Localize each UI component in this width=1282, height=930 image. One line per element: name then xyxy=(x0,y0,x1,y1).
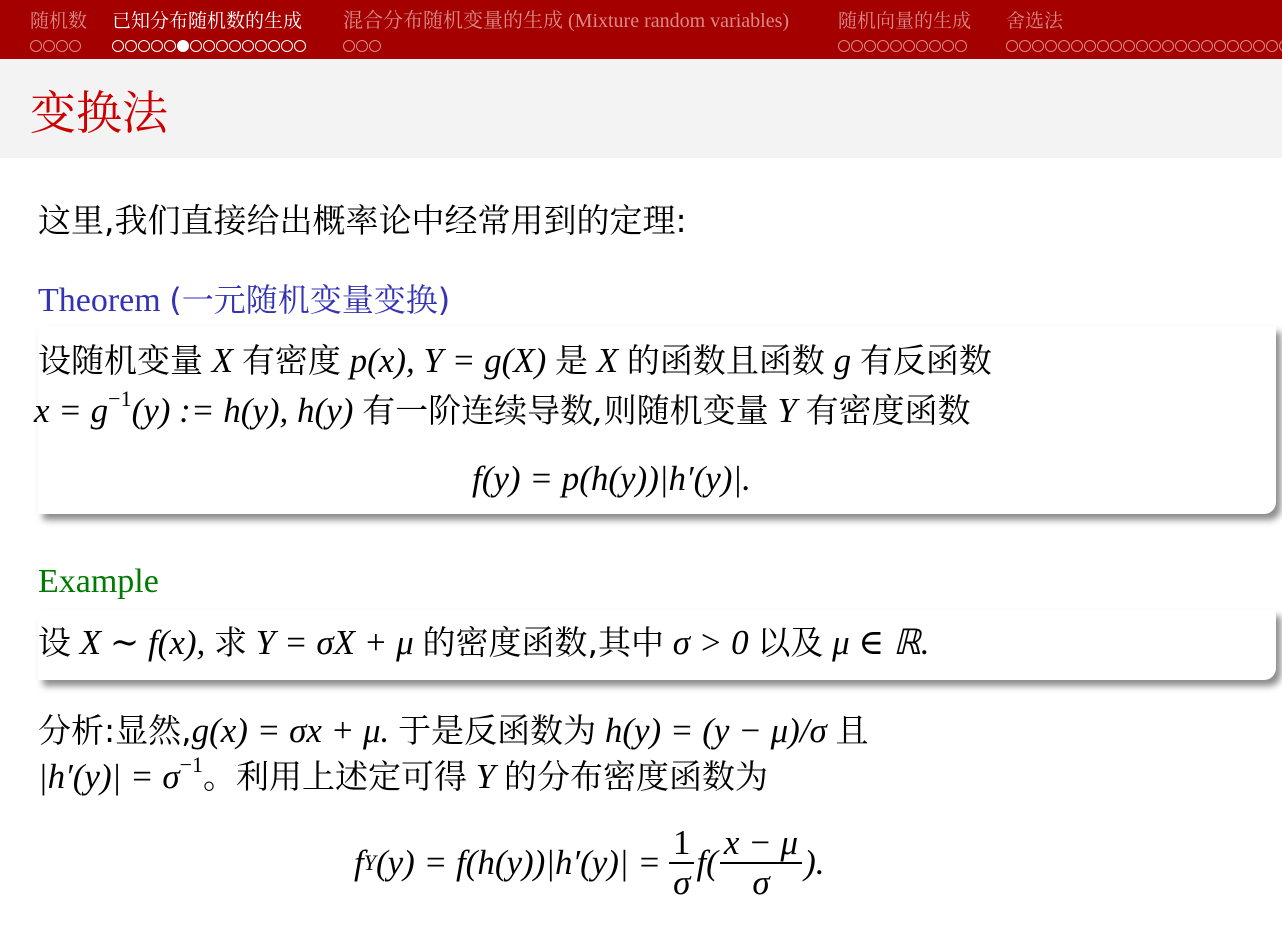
fraction-one-over-sigma: 1 σ xyxy=(669,824,695,902)
math-expr: p(x), Y = g(X) xyxy=(350,341,547,380)
frame-dot-icon[interactable] xyxy=(1071,40,1083,52)
theorem-text: 的函数且函数 xyxy=(627,341,825,380)
math-expr: X ∼ f(x), xyxy=(80,623,206,662)
frame-dot-icon[interactable] xyxy=(1097,40,1109,52)
theorem-formula: f(y) = p(h(y))|h′(y)|. xyxy=(472,456,751,502)
example-block: 设 X ∼ f(x), 求 Y = σX + μ 的密度函数,其中 σ > 0 … xyxy=(38,610,1276,680)
math-var: Y xyxy=(476,757,495,796)
nav-frame-dots xyxy=(838,40,967,52)
math-var: Y xyxy=(777,391,796,430)
nav-section-label[interactable]: 已知分布随机数的生成 xyxy=(112,9,302,33)
math-expr: x = g xyxy=(34,391,108,430)
frame-dot-icon[interactable] xyxy=(138,40,150,52)
nav-section-label[interactable]: 混合分布随机变量的生成 (Mixture random variables) xyxy=(343,9,789,33)
frame-dot-icon[interactable] xyxy=(281,40,293,52)
frame-title-bar: 变换法 xyxy=(0,59,1282,158)
fraction-denominator: σ xyxy=(669,864,694,902)
example-text: 设 xyxy=(38,623,71,662)
analysis-line-1: 分析:显然,g(x) = σx + μ. 于是反函数为 h(y) = (y − … xyxy=(38,708,869,754)
example-text: 求 xyxy=(214,623,247,662)
frame-dot-icon[interactable] xyxy=(838,40,850,52)
frame-dot-icon[interactable] xyxy=(69,40,81,52)
frame-dot-icon[interactable] xyxy=(1214,40,1226,52)
frame-dot-icon[interactable] xyxy=(1149,40,1161,52)
math-superscript: −1 xyxy=(108,386,131,411)
frame-dot-icon[interactable] xyxy=(369,40,381,52)
nav-frame-dots xyxy=(30,40,81,52)
frame-dot-icon[interactable] xyxy=(1188,40,1200,52)
frame-dot-icon[interactable] xyxy=(864,40,876,52)
frame-dot-icon[interactable] xyxy=(1136,40,1148,52)
nav-section-label[interactable]: 随机向量的生成 xyxy=(838,9,971,33)
frame-dot-icon[interactable] xyxy=(1019,40,1031,52)
section-navigation-bar: 随机数已知分布随机数的生成混合分布随机变量的生成 (Mixture random… xyxy=(0,0,1282,59)
theorem-text: 有一阶连续导数,则随机变量 xyxy=(362,391,769,430)
math-expr: (y) = f(h(y))|h′(y)| = xyxy=(376,818,661,908)
frame-dot-icon[interactable] xyxy=(1240,40,1252,52)
frame-dot-icon[interactable] xyxy=(851,40,863,52)
fraction-x-minus-mu-over-sigma: x − μ σ xyxy=(720,824,802,902)
frame-dot-icon[interactable] xyxy=(112,40,124,52)
math-expr: μ ∈ ℝ. xyxy=(832,623,929,662)
frame-dot-icon[interactable] xyxy=(203,40,215,52)
example-line: 设 X ∼ f(x), 求 Y = σX + μ 的密度函数,其中 σ > 0 … xyxy=(38,620,930,666)
frame-dot-icon[interactable] xyxy=(30,40,42,52)
math-var: g xyxy=(834,341,852,380)
frame-dot-icon[interactable] xyxy=(190,40,202,52)
math-var: X xyxy=(212,341,233,380)
theorem-text: 有密度函数 xyxy=(806,391,971,430)
frame-dot-icon[interactable] xyxy=(1032,40,1044,52)
math-superscript: −1 xyxy=(180,752,203,777)
frame-dot-icon[interactable] xyxy=(268,40,280,52)
current-frame-dot-icon[interactable] xyxy=(177,40,189,52)
frame-dot-icon[interactable] xyxy=(1045,40,1057,52)
math-expr: h(y) = (y − μ)/σ xyxy=(605,711,827,750)
theorem-line-2: x = g−1(y) := h(y), h(y) 有一阶连续导数,则随机变量 Y… xyxy=(34,388,971,434)
theorem-text: 是 xyxy=(555,341,588,380)
math-expr: σ > 0 xyxy=(673,623,749,662)
example-block-title: Example xyxy=(38,560,159,604)
frame-dot-icon[interactable] xyxy=(242,40,254,52)
frame-dot-icon[interactable] xyxy=(942,40,954,52)
frame-dot-icon[interactable] xyxy=(343,40,355,52)
analysis-text: 的分布密度函数为 xyxy=(504,757,768,796)
theorem-block-title: Theorem (一元随机变量变换) xyxy=(38,278,450,323)
fraction-numerator: x − μ xyxy=(720,824,802,864)
nav-frame-dots xyxy=(1006,40,1282,52)
frame-dot-icon[interactable] xyxy=(1084,40,1096,52)
frame-dot-icon[interactable] xyxy=(903,40,915,52)
math-expr: (y) := h(y), h(y) xyxy=(132,391,354,430)
frame-dot-icon[interactable] xyxy=(1110,40,1122,52)
frame-dot-icon[interactable] xyxy=(255,40,267,52)
math-expr: |h′(y)| = σ xyxy=(38,757,180,796)
theorem-text: 有反函数 xyxy=(860,341,992,380)
nav-frame-dots xyxy=(112,40,306,52)
analysis-text: 于是反函数为 xyxy=(398,711,596,750)
analysis-formula: fY(y) = f(h(y))|h′(y)| = 1 σ f( x − μ σ … xyxy=(354,818,824,908)
theorem-text: 有密度 xyxy=(242,341,341,380)
theorem-text: 设随机变量 xyxy=(38,341,203,380)
theorem-block: 设随机变量 X 有密度 p(x), Y = g(X) 是 X 的函数且函数 g … xyxy=(38,326,1276,514)
frame-dot-icon[interactable] xyxy=(1266,40,1278,52)
frame-dot-icon[interactable] xyxy=(56,40,68,52)
frame-dot-icon[interactable] xyxy=(43,40,55,52)
math-expr: ). xyxy=(804,818,824,908)
math-var: X xyxy=(597,341,618,380)
frame-dot-icon[interactable] xyxy=(356,40,368,52)
frame-dot-icon[interactable] xyxy=(1162,40,1174,52)
frame-dot-icon[interactable] xyxy=(877,40,889,52)
intro-text: 这里,我们直接给出概率论中经常用到的定理: xyxy=(38,196,687,246)
theorem-label: Theorem xyxy=(38,282,161,319)
analysis-text: 且 xyxy=(836,711,869,750)
frame-dot-icon[interactable] xyxy=(1201,40,1213,52)
frame-dot-icon[interactable] xyxy=(125,40,137,52)
frame-dot-icon[interactable] xyxy=(929,40,941,52)
nav-frame-dots xyxy=(343,40,381,52)
math-expr: Y = σX + μ xyxy=(256,623,414,662)
frame-dot-icon[interactable] xyxy=(916,40,928,52)
math-expr: f( xyxy=(696,818,717,908)
frame-dot-icon[interactable] xyxy=(955,40,967,52)
analysis-text: 。利用上述定可得 xyxy=(203,757,467,796)
frame-dot-icon[interactable] xyxy=(1175,40,1187,52)
frame-dot-icon[interactable] xyxy=(216,40,228,52)
analysis-text: 分析:显然, xyxy=(38,711,192,750)
math-expr: f xyxy=(354,818,364,908)
math-expr: g(x) = σx + μ. xyxy=(192,711,390,750)
theorem-note: (一元随机变量变换) xyxy=(169,281,450,319)
frame-dot-icon[interactable] xyxy=(164,40,176,52)
analysis-line-2: |h′(y)| = σ−1。利用上述定可得 Y 的分布密度函数为 xyxy=(38,754,768,800)
frame-dot-icon[interactable] xyxy=(229,40,241,52)
nav-section-label[interactable]: 随机数 xyxy=(30,9,87,33)
frame-dot-icon[interactable] xyxy=(294,40,306,52)
frame-dot-icon[interactable] xyxy=(1227,40,1239,52)
fraction-numerator: 1 xyxy=(669,824,695,864)
frame-dot-icon[interactable] xyxy=(890,40,902,52)
nav-section-label[interactable]: 舍选法 xyxy=(1006,9,1063,33)
frame-title: 变换法 xyxy=(30,83,168,143)
theorem-line-1: 设随机变量 X 有密度 p(x), Y = g(X) 是 X 的函数且函数 g … xyxy=(38,338,992,384)
frame-dot-icon[interactable] xyxy=(1123,40,1135,52)
example-text: 以及 xyxy=(757,623,823,662)
fraction-denominator: σ xyxy=(748,864,773,902)
frame-dot-icon[interactable] xyxy=(1006,40,1018,52)
frame-dot-icon[interactable] xyxy=(1058,40,1070,52)
frame-dot-icon[interactable] xyxy=(1253,40,1265,52)
frame-dot-icon[interactable] xyxy=(151,40,163,52)
example-text: 的密度函数,其中 xyxy=(422,623,664,662)
